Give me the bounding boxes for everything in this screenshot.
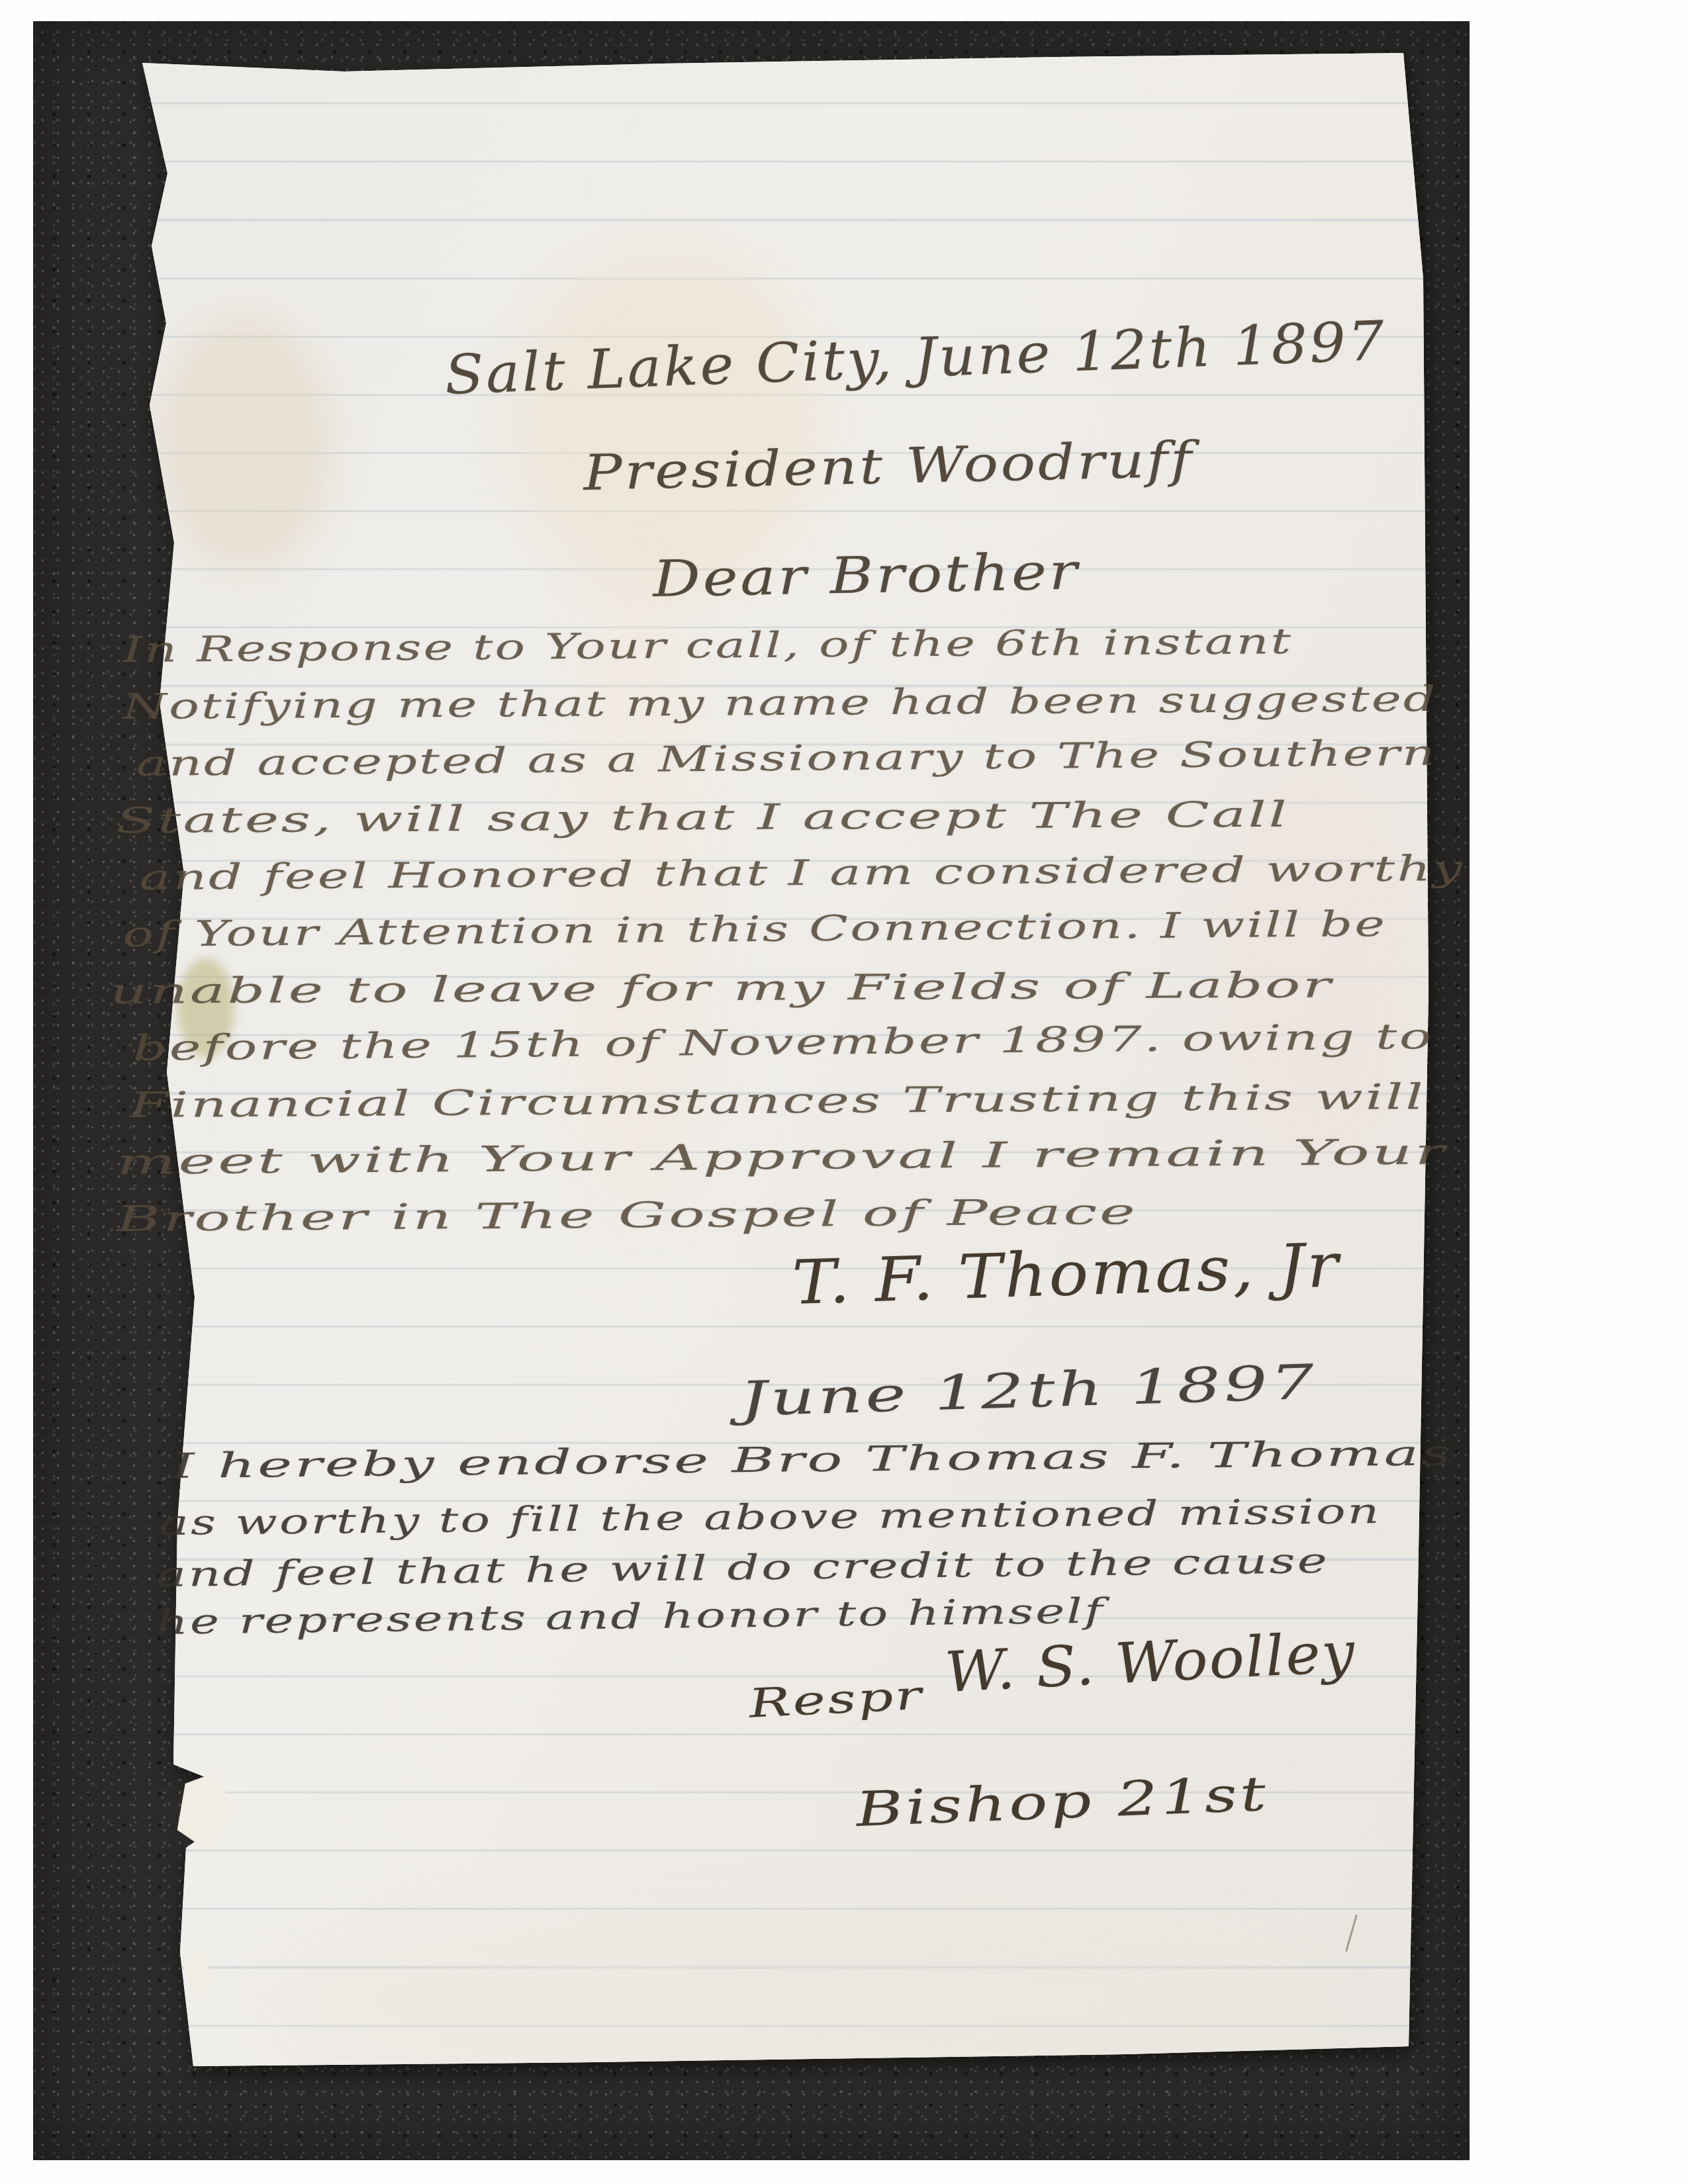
heading-salutation: Dear Brother	[652, 542, 1080, 608]
body-line: States, will say that I accept The Call	[116, 795, 1289, 841]
body-line: Brother in The Gospel of Peace	[116, 1192, 1138, 1240]
body-line: unable to leave for my Fields of Labor	[109, 965, 1333, 1012]
body-line: Notifying me that my name had been sugge…	[122, 679, 1438, 727]
paper-stain	[278, 1906, 1337, 2091]
paper-stain	[159, 318, 331, 569]
scanned-letter-page: Salt Lake City, June 12th 1897 President…	[0, 0, 1688, 2184]
body-line: Financial Circumstances Trusting this wi…	[129, 1077, 1426, 1126]
paper-stain	[516, 251, 821, 596]
endorsement-closing: Respr	[747, 1672, 925, 1727]
body-line: In Response to Your call, of the 6th ins…	[122, 621, 1293, 670]
stray-ink-mark	[1345, 1915, 1358, 1952]
